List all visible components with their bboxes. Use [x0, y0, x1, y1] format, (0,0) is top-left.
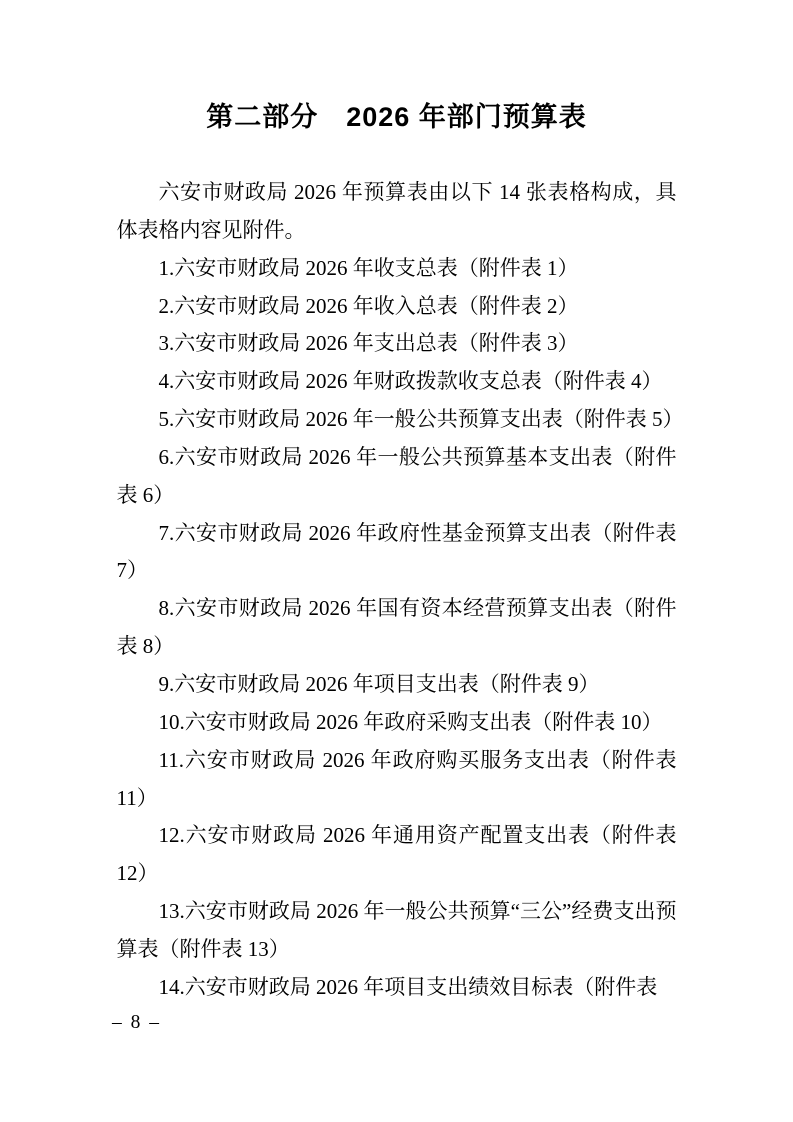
list-item: 7.六安市财政局 2026 年政府性基金预算支出表（附件表 7）: [117, 515, 677, 591]
list-item: 6.六安市财政局 2026 年一般公共预算基本支出表（附件表 6）: [117, 439, 677, 515]
list-item: 1.六安市财政局 2026 年收支总表（附件表 1）: [117, 250, 677, 288]
document-body: 六安市财政局 2026 年预算表由以下 14 张表格构成，具体表格内容见附件。 …: [117, 174, 677, 1007]
list-item: 13.六安市财政局 2026 年一般公共预算“三公”经费支出预算表（附件表 13…: [117, 893, 677, 969]
list-item: 12.六安市财政局 2026 年通用资产配置支出表（附件表 12）: [117, 817, 677, 893]
list-item: 4.六安市财政局 2026 年财政拨款收支总表（附件表 4）: [117, 363, 677, 401]
page-number: – 8 –: [112, 1008, 161, 1038]
list-item: 5.六安市财政局 2026 年一般公共预算支出表（附件表 5）: [117, 401, 677, 439]
list-item: 8.六安市财政局 2026 年国有资本经营预算支出表（附件表 8）: [117, 590, 677, 666]
list-item: 2.六安市财政局 2026 年收入总表（附件表 2）: [117, 288, 677, 326]
list-item: 3.六安市财政局 2026 年支出总表（附件表 3）: [117, 325, 677, 363]
list-item: 14.六安市财政局 2026 年项目支出绩效目标表（附件表: [117, 969, 677, 1007]
list-item: 9.六安市财政局 2026 年项目支出表（附件表 9）: [117, 666, 677, 704]
list-item: 11.六安市财政局 2026 年政府购买服务支出表（附件表 11）: [117, 742, 677, 818]
list-item: 10.六安市财政局 2026 年政府采购支出表（附件表 10）: [117, 704, 677, 742]
document-page: 第二部分 2026 年部门预算表 六安市财政局 2026 年预算表由以下 14 …: [0, 0, 793, 1122]
document-title: 第二部分 2026 年部门预算表: [0, 100, 793, 134]
intro-paragraph: 六安市财政局 2026 年预算表由以下 14 张表格构成，具体表格内容见附件。: [117, 174, 677, 250]
